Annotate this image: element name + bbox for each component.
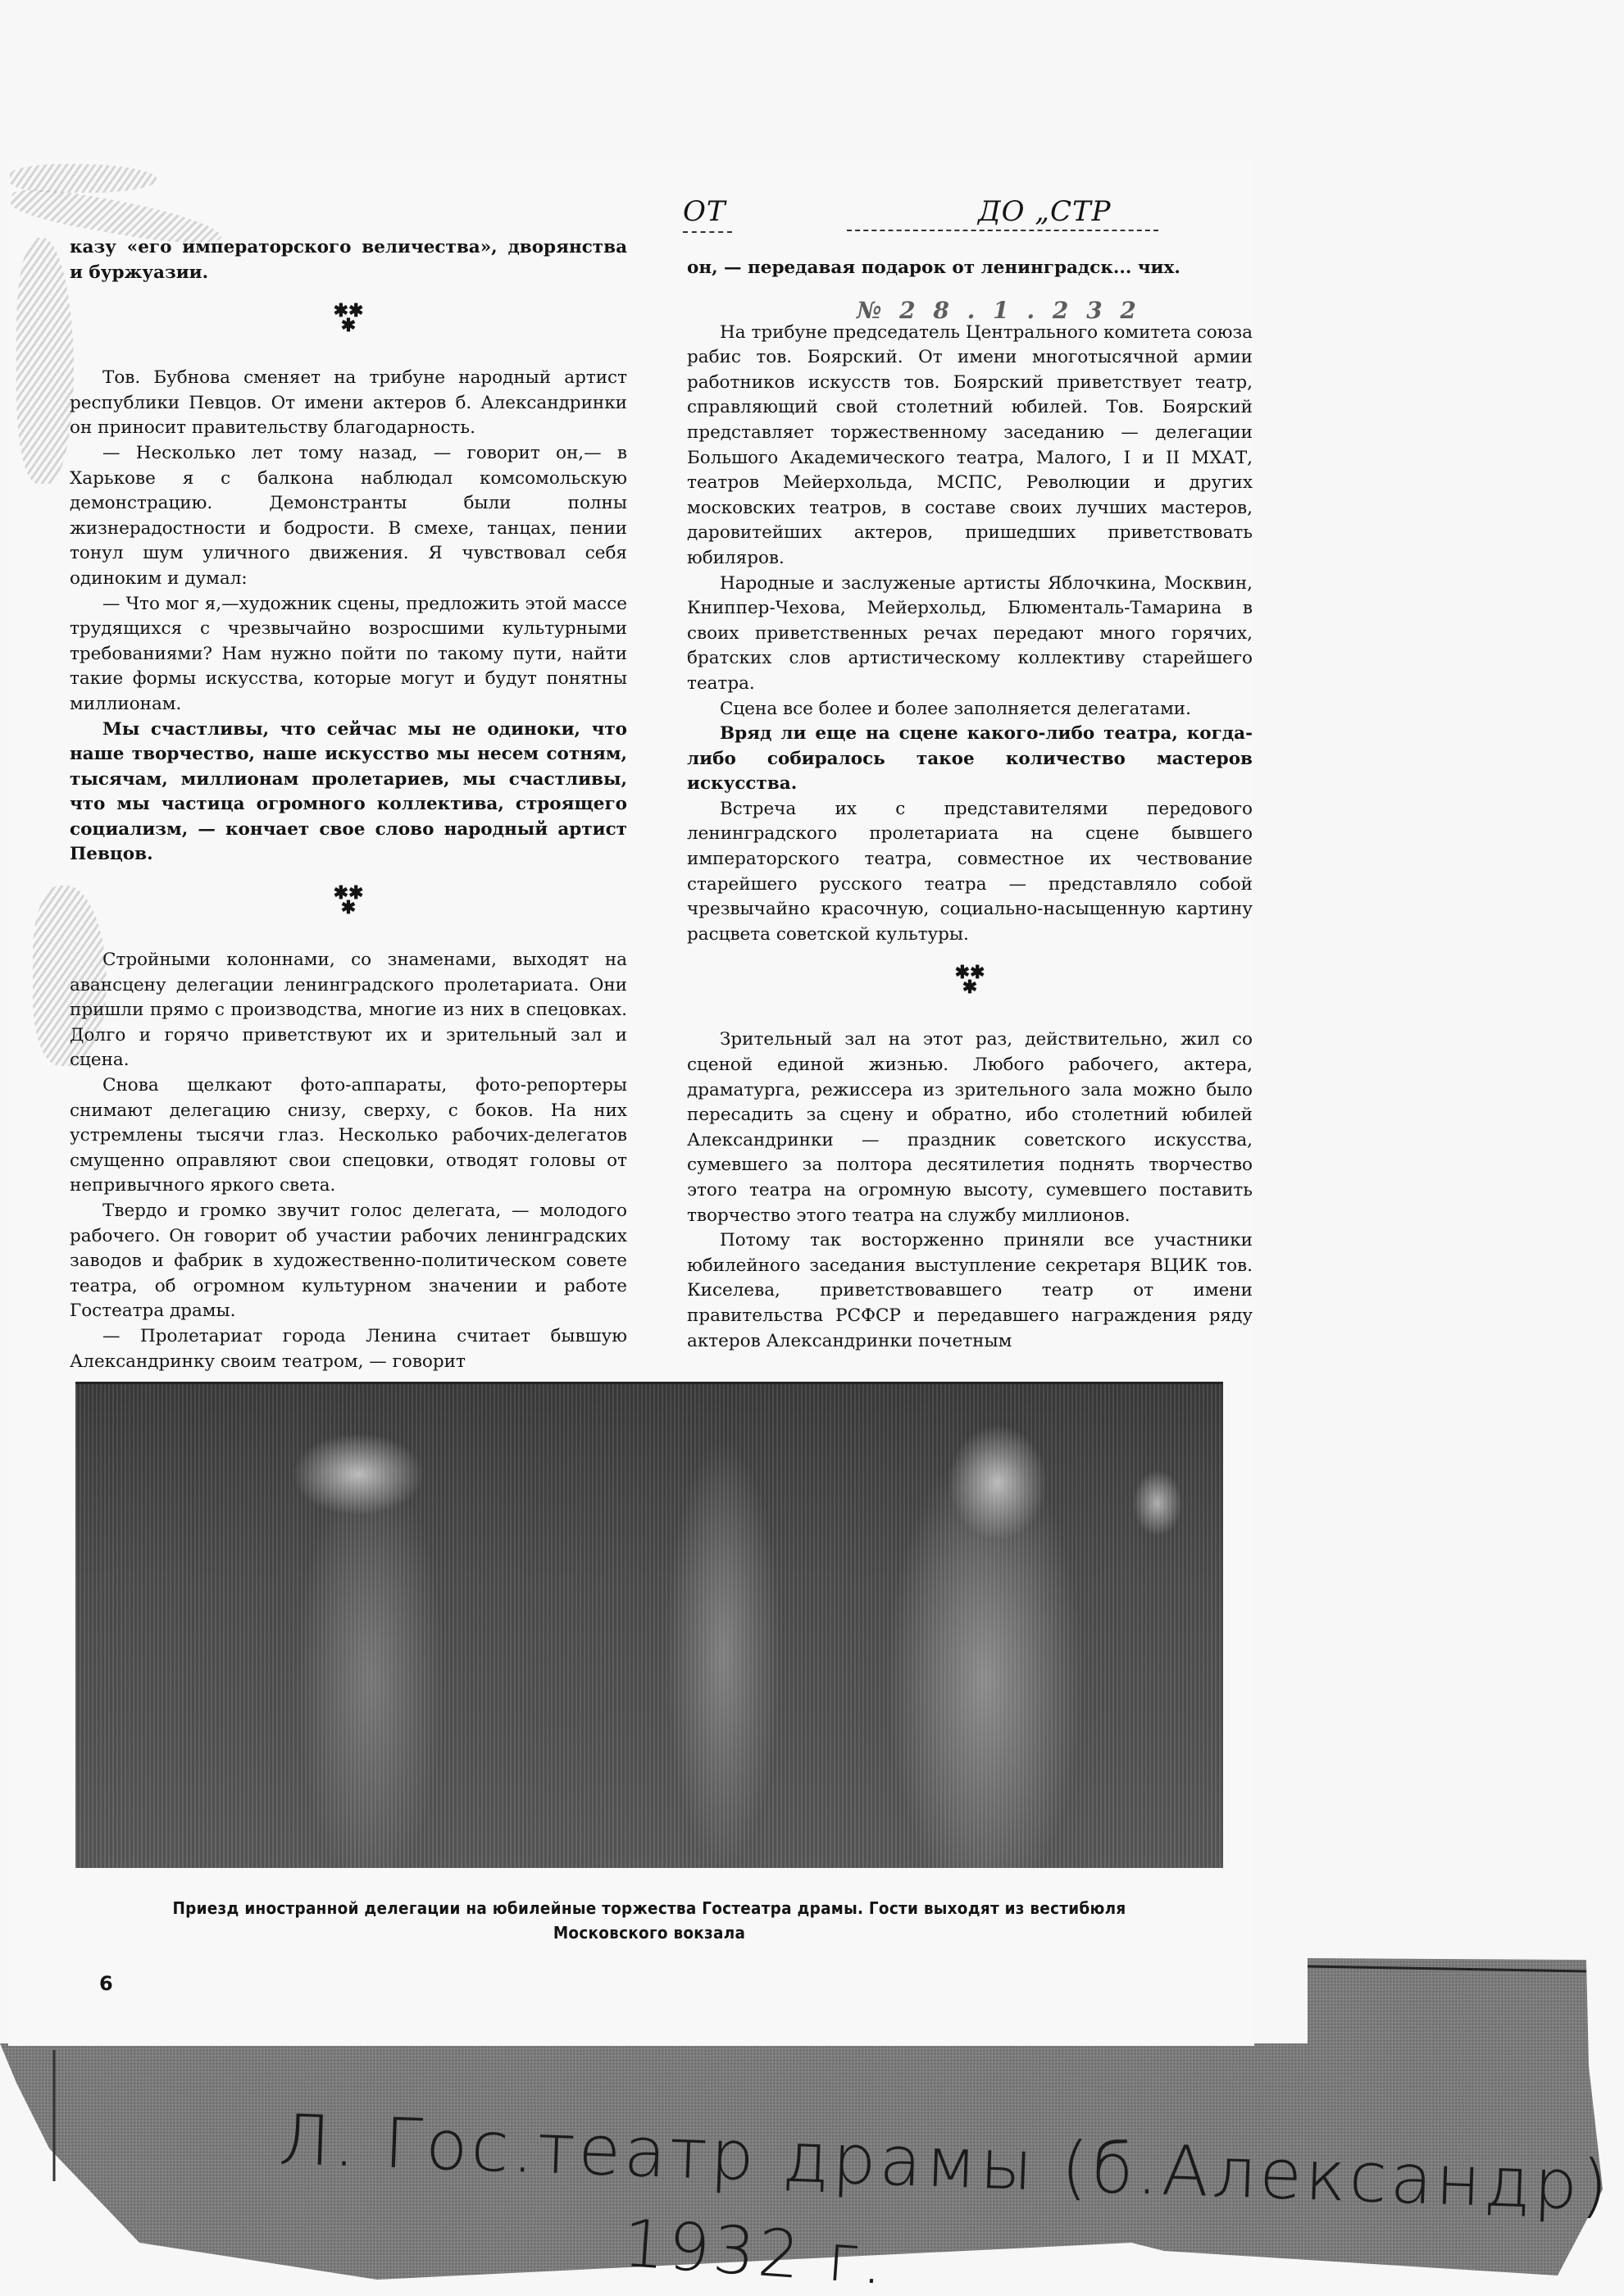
paragraph: На трибуне председатель Центрального ком… <box>687 321 1253 572</box>
paragraph: Народные и заслуженые артисты Яблочкина,… <box>687 572 1253 697</box>
paragraph: казу «его императорского величества», дв… <box>70 235 627 285</box>
right-column: он, — передавая подарок от ленинградск..… <box>687 256 1253 1354</box>
header-left: ОТ <box>683 195 726 228</box>
paragraph: — Несколько лет тому назад, — говорит он… <box>70 441 627 592</box>
paragraph: Встреча их с представителями передового … <box>687 797 1253 948</box>
header-right: ДО „СТР <box>978 195 1112 228</box>
section-separator: ✱✱✱ <box>70 886 627 915</box>
paragraph: Зрительный зал на этот раз, действительн… <box>687 1027 1253 1228</box>
photograph: group-photo-foreign-delegation <box>75 1382 1223 1868</box>
paragraph: Снова щелкают фото-аппараты, фото-репорт… <box>70 1073 627 1199</box>
left-column: казу «его императорского величества», дв… <box>70 235 627 1374</box>
page-number: 6 <box>99 1972 113 1995</box>
handwritten-label: Л. Гос.театр драмы (б.Александр) <box>277 2099 1613 2226</box>
paragraph: он, — передавая подарок от ленинградск..… <box>687 256 1253 281</box>
header-underline <box>847 230 1158 231</box>
paragraph: — Пролетариат города Ленина считает бывш… <box>70 1324 627 1374</box>
section-separator: ✱✱✱ <box>687 965 1253 995</box>
paragraph: Стройными колоннами, со знаменами, выход… <box>70 948 627 1073</box>
paragraph: Потому так восторженно приняли все участ… <box>687 1228 1253 1354</box>
paragraph-bold: Мы счастливы, что сейчас мы не одиноки, … <box>70 717 627 868</box>
header-underline <box>683 231 732 233</box>
paragraph-bold: Вряд ли еще на сцене какого-либо театра,… <box>687 722 1253 797</box>
paragraph: Тов. Бубнова сменяет на трибуне народный… <box>70 366 627 441</box>
paper-stain <box>10 164 157 193</box>
paragraph: — Что мог я,—художник сцены, предложить … <box>70 592 627 717</box>
photo-caption: Приезд иностранной делегации на юбилейны… <box>121 1896 1177 1945</box>
section-separator: ✱✱✱ <box>70 303 627 333</box>
spacer <box>687 281 1253 321</box>
running-header: ОТ ДО „СТР <box>683 195 1158 236</box>
handwritten-year: 1932 г. <box>621 2205 889 2296</box>
paragraph: Сцена все более и более заполняется деле… <box>687 697 1253 722</box>
paragraph: Твердо и громко звучит голос делегата, —… <box>70 1199 627 1324</box>
